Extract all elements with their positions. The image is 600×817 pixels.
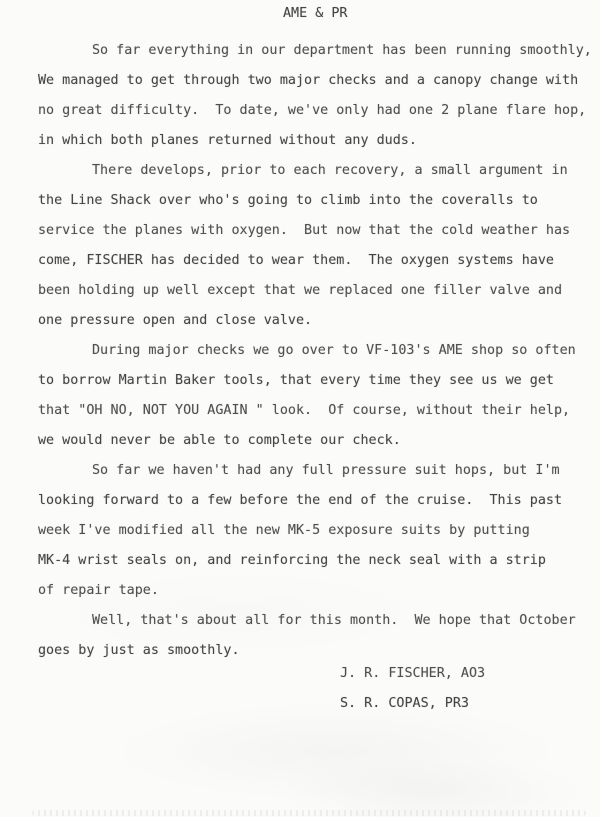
- paragraph: So far we haven't had any full pressure …: [38, 456, 583, 606]
- text-line: no great difficulty. To date, we've only…: [38, 96, 583, 126]
- text-line: MK-4 wrist seals on, and reinforcing the…: [38, 546, 583, 576]
- text-line: During major checks we go over to VF-103…: [38, 336, 583, 366]
- text-line: we would never be able to complete our c…: [38, 426, 583, 456]
- paragraph: There develops, prior to each recovery, …: [38, 156, 583, 336]
- text-line: week I've modified all the new MK-5 expo…: [38, 516, 583, 546]
- text-line: of repair tape.: [38, 576, 583, 606]
- text-line: goes by just as smoothly.: [38, 636, 583, 666]
- text-line: So far we haven't had any full pressure …: [38, 456, 583, 486]
- paragraph: During major checks we go over to VF-103…: [38, 336, 583, 456]
- text-line: to borrow Martin Baker tools, that every…: [38, 366, 583, 396]
- signature-fischer: J. R. FISCHER, AO3: [340, 659, 485, 689]
- paragraph: Well, that's about all for this month. W…: [38, 606, 583, 666]
- signature-block: J. R. FISCHER, AO3 S. R. COPAS, PR3: [340, 659, 485, 719]
- document-title: AME & PR: [283, 6, 348, 21]
- scanned-document-page: AME & PR So far everything in our depart…: [0, 0, 600, 817]
- text-line: So far everything in our department has …: [38, 36, 583, 66]
- text-line: come, FISCHER has decided to wear them. …: [38, 246, 583, 276]
- text-line: the Line Shack over who's going to climb…: [38, 186, 583, 216]
- text-line: that "OH NO, NOT YOU AGAIN " look. Of co…: [38, 396, 583, 426]
- text-line: service the planes with oxygen. But now …: [38, 216, 583, 246]
- text-line: in which both planes returned without an…: [38, 126, 583, 156]
- text-line: looking forward to a few before the end …: [38, 486, 583, 516]
- text-line: been holding up well except that we repl…: [38, 276, 583, 306]
- text-line: There develops, prior to each recovery, …: [38, 156, 583, 186]
- text-line: We managed to get through two major chec…: [38, 66, 583, 96]
- signature-copas: S. R. COPAS, PR3: [340, 689, 485, 719]
- text-line: one pressure open and close valve.: [38, 306, 583, 336]
- scan-artifact-bottom-edge: [32, 810, 586, 816]
- paragraph: So far everything in our department has …: [38, 36, 583, 156]
- text-line: Well, that's about all for this month. W…: [38, 606, 583, 636]
- document-body: So far everything in our department has …: [38, 36, 583, 666]
